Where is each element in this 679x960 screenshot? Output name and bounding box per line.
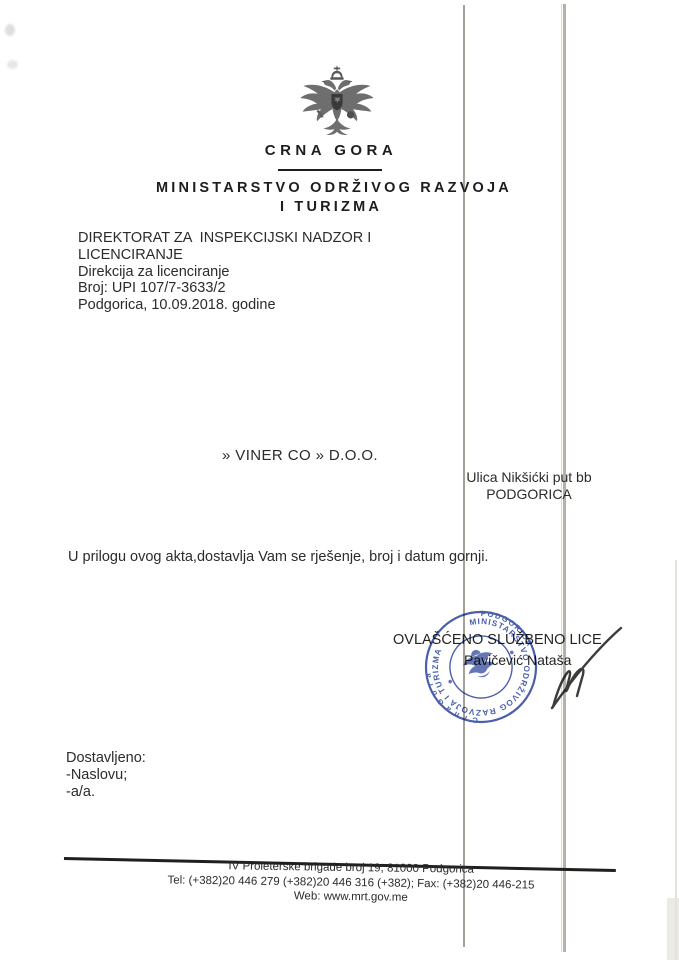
delivery-label: Dostavljeno: — [66, 750, 146, 767]
scanned-letter-page: CRNA GORA MINISTARSTVO ODRŽIVOG RAZVOJA … — [0, 0, 679, 960]
department-line: Direkcija za licenciranje — [78, 264, 438, 281]
handwritten-signature — [528, 616, 628, 716]
recipient-name: » VINER CO » D.O.O. — [222, 447, 378, 464]
directorate-line: LICENCIRANJE — [78, 247, 438, 264]
directorate-line: DIREKTORAT ZA INSPEKCIJSKI NADZOR I — [78, 230, 438, 247]
scan-speck — [7, 60, 18, 69]
letter-body-text: U prilogu ovog akta,dostavlja Vam se rje… — [68, 549, 548, 565]
footer-block: IV Proleterske brigade broj 19, 81000 Po… — [40, 857, 663, 909]
recipient-address: Ulica Nikšićki put bb PODGORICA — [455, 469, 603, 502]
scan-edge-line — [675, 560, 677, 960]
country-name: CRNA GORA — [231, 142, 431, 159]
ministry-name-line1: MINISTARSTVO ODRŽIVOG RAZVOJA — [154, 180, 514, 196]
delivery-item: -a/a. — [66, 784, 146, 801]
reference-number: Broj: UPI 107/7-3633/2 — [78, 280, 438, 297]
delivery-item: -Naslovu; — [66, 767, 146, 784]
recipient-city: PODGORICA — [455, 486, 603, 503]
montenegro-coat-of-arms-icon — [297, 64, 377, 140]
place-and-date: Podgorica, 10.09.2018. godine — [78, 297, 438, 314]
delivery-block: Dostavljeno: -Naslovu; -a/a. — [66, 750, 146, 801]
sender-block: DIREKTORAT ZA INSPEKCIJSKI NADZOR I LICE… — [78, 230, 438, 314]
letterhead-divider — [278, 169, 382, 171]
scan-edge-shadow — [667, 898, 679, 960]
scan-speck — [5, 24, 15, 36]
ministry-name-line2: I TURIZMA — [231, 199, 431, 215]
recipient-street: Ulica Nikšićki put bb — [455, 469, 603, 486]
